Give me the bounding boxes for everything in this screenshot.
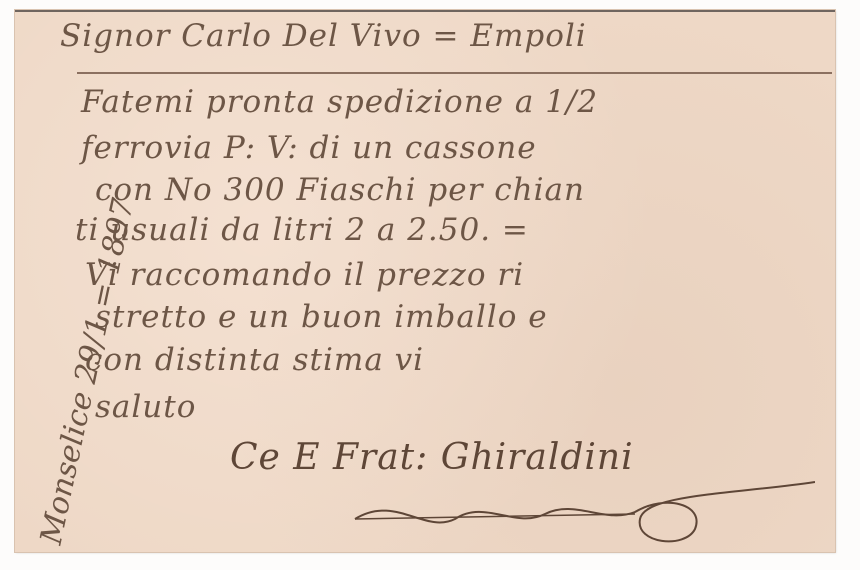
body-line-8: saluto — [95, 389, 196, 425]
body-line-6: stretto e un buon imballo e — [95, 299, 548, 335]
signature: Ce E Frat: Ghiraldini — [230, 437, 634, 478]
body-line-4: ti usuali da litri 2 a 2.50. = — [75, 212, 529, 248]
body-line-5: Vi raccomando il prezzo ri — [85, 257, 524, 293]
address-underline — [77, 72, 832, 74]
signature-flourish — [335, 474, 815, 544]
body-line-3: con No 300 Fiaschi per chian — [95, 172, 585, 208]
body-line-7: con distinta stima vi — [85, 342, 424, 378]
postcard: Signor Carlo Del Vivo = Empoli Fatemi pr… — [15, 10, 835, 552]
